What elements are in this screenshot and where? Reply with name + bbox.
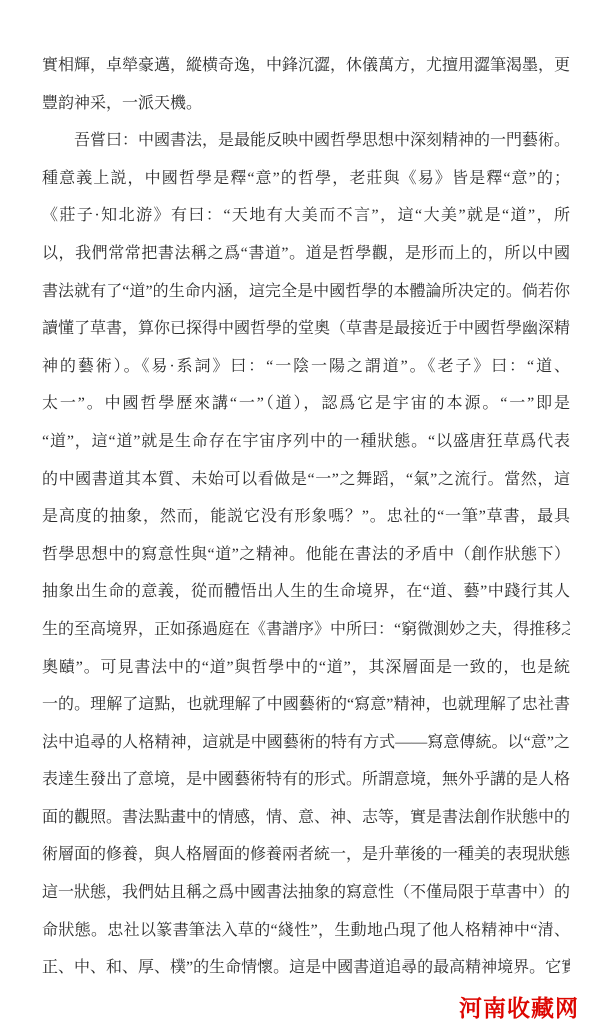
- text-line: 正、中、和、厚、樸”的生命情懷。這是中國書道追尋的最高精神境界。它實: [42, 949, 570, 987]
- site-watermark: 河南收藏网: [459, 994, 579, 1022]
- text-line: 神的藝術）。《易·系詞》曰：“一陰一陽之謂道”。《老子》曰：“道、: [42, 348, 570, 386]
- text-line: 這一狀態，我們姑且稱之爲中國書法抽象的寫意性（不僅局限于草書中）的生: [42, 874, 570, 912]
- text-line: 的中國書道其本質、未始可以看做是“一”之舞蹈，“氣”之流行。當然，這: [42, 461, 570, 499]
- text-line: 面的觀照。書法點畫中的情感，情、意、神、志等，實是書法創作狀態中的技: [42, 799, 570, 837]
- text-line: 太一”。中國哲學歷來講“一”（道），認爲它是宇宙的本源。“一”即是: [42, 385, 570, 423]
- text-line: 種意義上説，中國哲學是釋“意”的哲學，老莊與《易》皆是釋“意”的；: [42, 160, 570, 198]
- text-line: 命狀態。忠社以篆書筆法入草的“綫性”，生動地凸現了他人格精神中“清、: [42, 912, 570, 950]
- text-line: “道”，這“道”就是生命存在宇宙序列中的一種狀態。“以盛唐狂草爲代表: [42, 423, 570, 461]
- text-line: 一的。理解了這點，也就理解了中國藝術的“寫意”精神，也就理解了忠社書: [42, 686, 570, 724]
- text-line: 生的至高境界，正如孫過庭在《書譜序》中所曰：“窮微測妙之夫，得推移之: [42, 611, 570, 649]
- text-line: 書法就有了“道”的生命内涵，這完全是中國哲學的本體論所决定的。倘若你: [42, 273, 570, 311]
- text-line: 奧賾”。可見書法中的“道”與哲學中的“道”，其深層面是一致的，也是統: [42, 649, 570, 687]
- text-line: 吾嘗曰：中國書法，是最能反映中國哲學思想中深刻精神的一門藝術。某: [42, 122, 570, 160]
- document-page: 實相輝，卓犖豪邁，縱横奇逸，中鋒沉澀，休儀萬方，尤擅用澀筆渴墨，更增豐韵神采，一…: [0, 0, 600, 1032]
- text-line: 表達生發出了意境，是中國藝術特有的形式。所謂意境，無外乎講的是人格層: [42, 761, 570, 799]
- text-line: 實相輝，卓犖豪邁，縱横奇逸，中鋒沉澀，休儀萬方，尤擅用澀筆渴墨，更增: [42, 47, 570, 85]
- body-text: 實相輝，卓犖豪邁，縱横奇逸，中鋒沉澀，休儀萬方，尤擅用澀筆渴墨，更增豐韵神采，一…: [42, 47, 570, 987]
- text-line: 哲學思想中的寫意性與“道”之精神。他能在書法的矛盾中（創作狀態下）: [42, 536, 570, 574]
- text-line: 豐韵神采，一派天機。: [42, 85, 570, 123]
- text-line: 《莊子·知北游》有曰：“天地有大美而不言”，這“大美”就是“道”，所: [42, 197, 570, 235]
- text-line: 讀懂了草書，算你已探得中國哲學的堂奧（草書是最接近于中國哲學幽深精: [42, 310, 570, 348]
- text-line: 法中追尋的人格精神，這就是中國藝術的特有方式——寫意傳統。以“意”之: [42, 724, 570, 762]
- text-line: 以，我們常常把書法稱之爲“書道”。道是哲學觀，是形而上的，所以中國: [42, 235, 570, 273]
- text-line: 是高度的抽象，然而，能説它没有形象嗎？”。忠社的“一筆”草書，最具: [42, 498, 570, 536]
- text-line: 術層面的修養，與人格層面的修養兩者統一，是升華後的一種美的表現狀態，: [42, 836, 570, 874]
- text-line: 抽象出生命的意義，從而體悟出人生的生命境界，在“道、藝”中踐行其人: [42, 573, 570, 611]
